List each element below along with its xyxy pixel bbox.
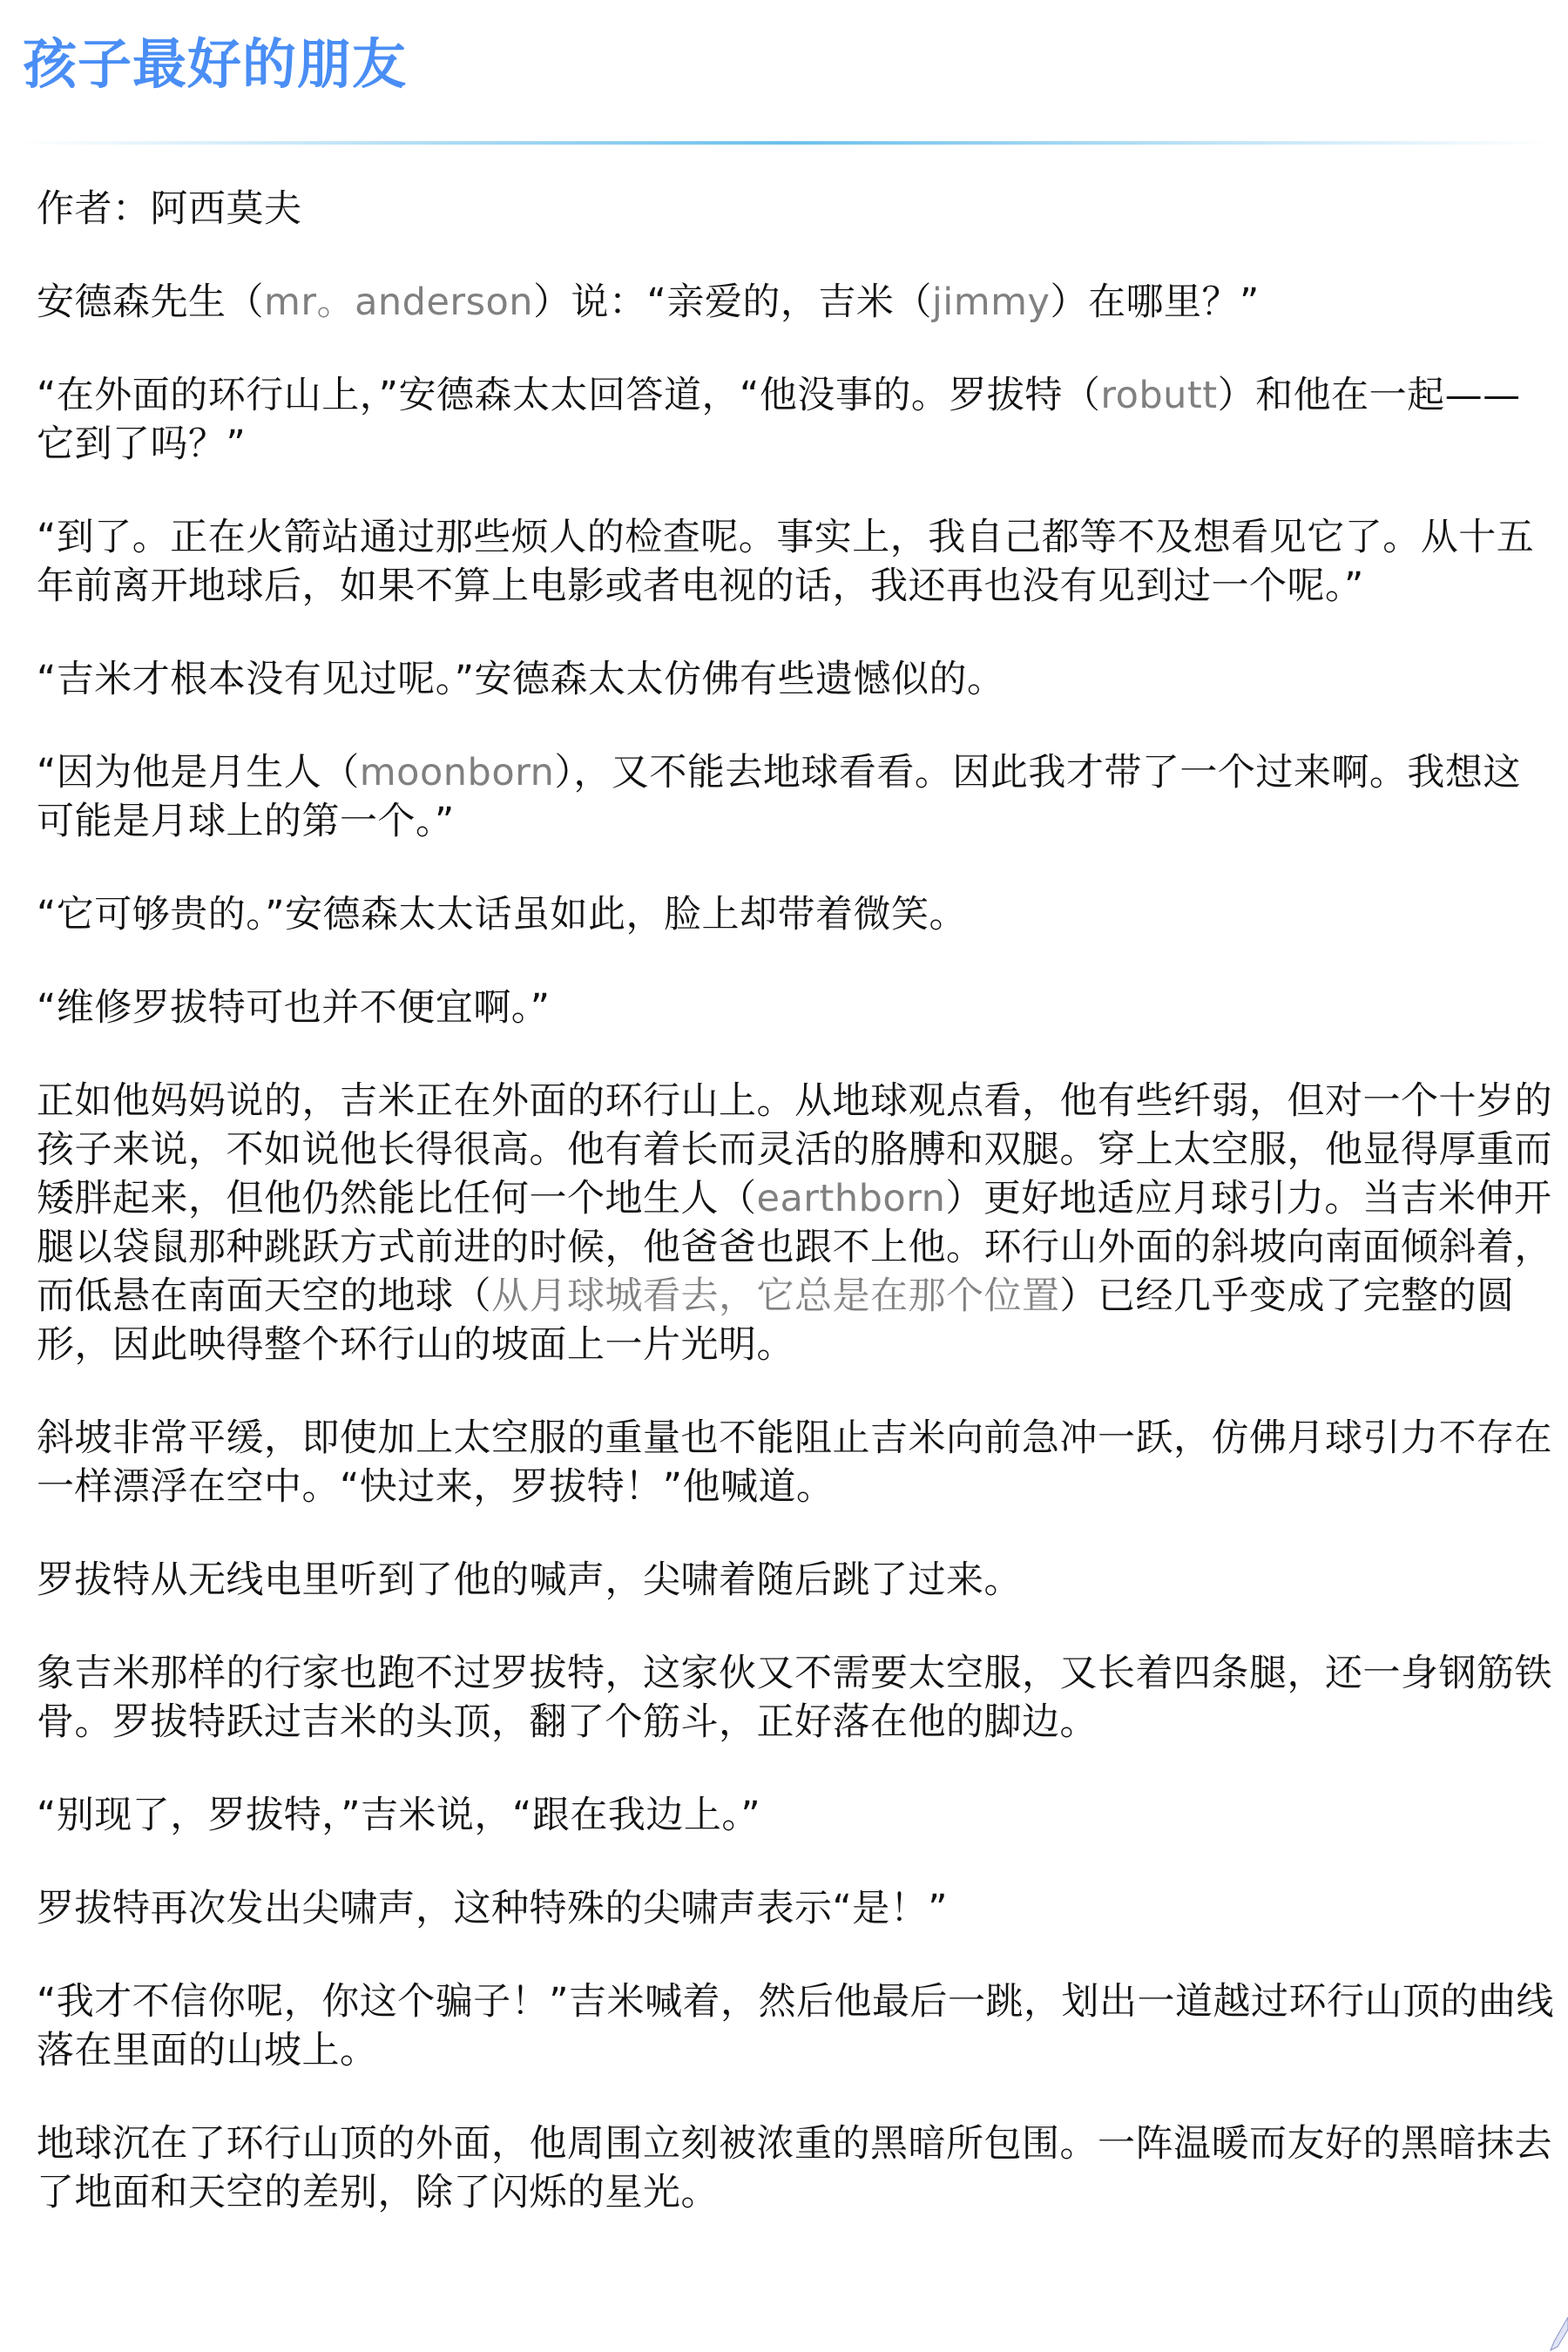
paragraph: 罗拔特再次发出尖啸声，这种特殊的尖啸声表示“是！” — [37, 1884, 1557, 1933]
paragraph: 地球沉在了环行山顶的外面，他周围立刻被浓重的黑暗所包围。一阵温暖而友好的黑暗抹去… — [37, 2119, 1557, 2217]
author-line: 作者：阿西莫夫 — [37, 185, 1557, 233]
english-annotation: mr。anderson — [264, 280, 533, 324]
text-span: 罗拔特再次发出尖啸声，这种特殊的尖啸声表示“是！” — [37, 1887, 948, 1930]
page-curl-icon — [1549, 2317, 1568, 2352]
paragraph: “维修罗拔特可也并不便宜啊。” — [37, 983, 1557, 1032]
text-span: 罗拔特从无线电里听到了他的喊声，尖啸着随后跳了过来。 — [37, 1558, 1022, 1602]
english-annotation: robutt — [1100, 374, 1217, 417]
text-span: ）在哪里？” — [1050, 280, 1259, 324]
text-span: “我才不信你呢，你这个骗子！”吉米喊着，然后他最后一跳，划出一道越过环行山顶的曲… — [37, 1980, 1554, 2072]
text-span: 斜坡非常平缓，即使加上太空服的重量也不能阻止吉米向前急冲一跃，仿佛月球引力不存在… — [37, 1416, 1552, 1509]
english-annotation: moonborn — [360, 751, 555, 794]
author-text: 作者：阿西莫夫 — [37, 187, 302, 231]
page-title: 孩子最好的朋友 — [23, 26, 407, 103]
paragraph: 斜坡非常平缓，即使加上太空服的重量也不能阻止吉米向前急冲一跃，仿佛月球引力不存在… — [37, 1414, 1557, 1511]
gray-aside: 从月球城看去，它总是在那个位置 — [491, 1274, 1060, 1318]
text-span: 地球沉在了环行山顶的外面，他周围立刻被浓重的黑暗所包围。一阵温暖而友好的黑暗抹去… — [37, 2122, 1552, 2214]
paragraph: 正如他妈妈说的，吉米正在外面的环行山上。从地球观点看，他有些纤弱，但对一个十岁的… — [37, 1077, 1557, 1369]
paragraph: “别现了，罗拔特，”吉米说，“跟在我边上。” — [37, 1791, 1557, 1840]
text-span: “吉米才根本没有见过呢。”安德森太太仿佛有些遗憾似的。 — [37, 658, 1005, 701]
paragraph: “它可够贵的。”安德森太太话虽如此，脸上却带着微笑。 — [37, 890, 1557, 939]
text-span: 安德森先生（ — [37, 280, 264, 324]
text-span: “别现了，罗拔特，”吉米说，“跟在我边上。” — [37, 1794, 760, 1837]
english-annotation: earthborn — [757, 1177, 946, 1220]
text-span: “因为他是月生人（ — [37, 751, 360, 794]
paragraph: 罗拔特从无线电里听到了他的喊声，尖啸着随后跳了过来。 — [37, 1556, 1557, 1605]
text-span: “到了。正在火箭站通过那些烦人的检查呢。事实上，我自己都等不及想看见它了。从十五… — [37, 516, 1534, 608]
text-span: ）说：“亲爱的，吉米（ — [533, 280, 932, 324]
text-span: “它可够贵的。”安德森太太话虽如此，脸上却带着微笑。 — [37, 893, 967, 936]
paragraph: 象吉米那样的行家也跑不过罗拔特，这家伙又不需要太空服，又长着四条腿，还一身钢筋铁… — [37, 1649, 1557, 1747]
article-body: 作者：阿西莫夫 安德森先生（mr。anderson）说：“亲爱的，吉米（jimm… — [37, 185, 1557, 2261]
paragraph: “因为他是月生人（moonborn），又不能去地球看看。因此我才带了一个过来啊。… — [37, 748, 1557, 846]
paragraph: “到了。正在火箭站通过那些烦人的检查呢。事实上，我自己都等不及想看见它了。从十五… — [37, 513, 1557, 611]
paragraph: “我才不信你呢，你这个骗子！”吉米喊着，然后他最后一跳，划出一道越过环行山顶的曲… — [37, 1977, 1557, 2075]
english-annotation: jimmy — [932, 280, 1051, 324]
text-span: 象吉米那样的行家也跑不过罗拔特，这家伙又不需要太空服，又长着四条腿，还一身钢筋铁… — [37, 1652, 1552, 1744]
paragraph: “在外面的环行山上，”安德森太太回答道，“他没事的。罗拔特（robutt）和他在… — [37, 371, 1557, 469]
text-span: “维修罗拔特可也并不便宜啊。” — [37, 986, 551, 1030]
text-span: “在外面的环行山上，”安德森太太回答道，“他没事的。罗拔特（ — [37, 374, 1100, 417]
title-divider — [17, 141, 1551, 145]
paragraph: “吉米才根本没有见过呢。”安德森太太仿佛有些遗憾似的。 — [37, 655, 1557, 704]
paragraph: 安德森先生（mr。anderson）说：“亲爱的，吉米（jimmy）在哪里？” — [37, 278, 1557, 327]
